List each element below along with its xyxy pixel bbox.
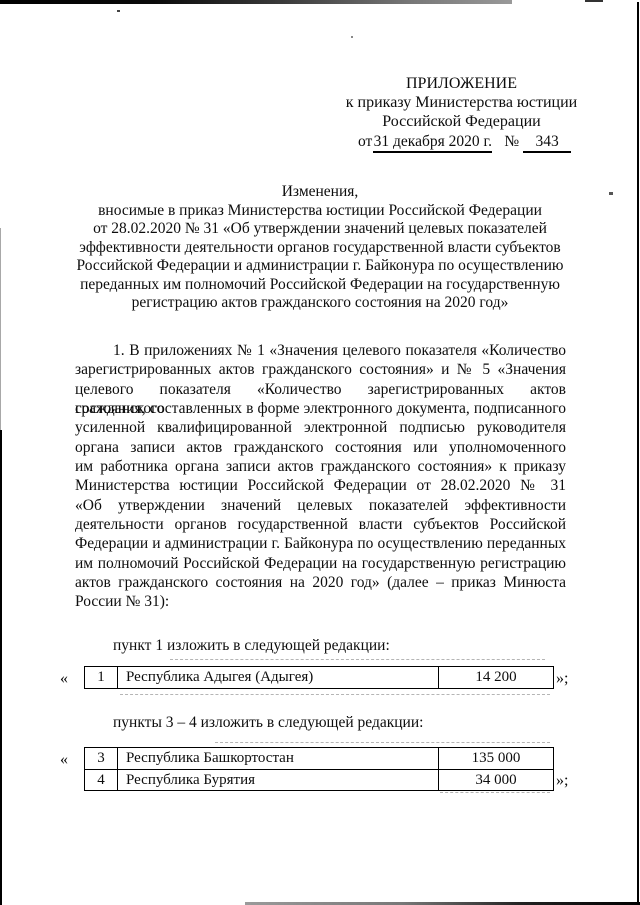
row-number-cell: 3 [85, 748, 117, 769]
target-value-cell: 135 000 [438, 748, 553, 769]
scan-artifact-table-ghost-line [215, 742, 550, 743]
paragraph-line: «Об утверждении значений целевых показат… [75, 496, 566, 515]
paragraph-line: Федерации и администрации г. Байконура п… [75, 534, 566, 553]
amendment1-close-quote: »; [556, 670, 568, 688]
title-line: вносимые в приказ Министерства юстиции Р… [75, 202, 565, 221]
paragraph-line: им работника органа записи актов граждан… [75, 457, 566, 476]
paragraph-line: Министерства юстиции Российской Федераци… [75, 476, 566, 495]
date-prefix: от [358, 133, 372, 150]
target-value-cell: 14 200 [438, 667, 553, 688]
title-line: эффективности деятельности органов госуд… [75, 239, 565, 258]
paragraph-line: состояния, составленных в форме электрон… [75, 399, 566, 418]
appendix-header: ПРИЛОЖЕНИЕ к приказу Министерства юстици… [345, 74, 578, 153]
amendment2-table: 3 Республика Башкортостан 135 000 4 Респ… [84, 747, 554, 791]
row-number-cell: 4 [85, 769, 117, 790]
row-number-cell: 1 [85, 667, 117, 688]
paragraph-line: актов гражданского состояния на 2020 год… [75, 573, 566, 592]
scan-artifact-table-ghost-line [120, 694, 550, 695]
order-number-value: 343 [523, 132, 571, 153]
scan-artifact-left-border-black [0, 430, 2, 905]
scan-artifact-table-ghost-line [440, 792, 550, 793]
scan-artifact-top-bar [0, 0, 512, 4]
region-name-cell: Республика Адыгея (Адыгея) [117, 667, 438, 688]
scan-artifact-left-border-gray [0, 228, 1, 430]
scan-artifact-right-border [637, 2, 639, 903]
amendment2-instruction: пункты 3 – 4 изложить в следующей редакц… [113, 714, 423, 732]
title-line: Изменения, [75, 183, 565, 202]
scan-speck [609, 192, 613, 195]
amendment1-instruction: пункт 1 изложить в следующей редакции: [113, 637, 390, 655]
scan-artifact-top-segment [585, 0, 603, 2]
order-date-number-line: от31 декабря 2020 г.№343 [345, 132, 578, 153]
paragraph-line: органа записи актов гражданского состоян… [75, 438, 566, 457]
title-line: переданных им полномочий Российской Феде… [75, 276, 565, 295]
paragraph-line: зарегистрированных актов гражданского со… [75, 360, 566, 379]
paragraph-line: России № 31): [75, 592, 566, 611]
table-row: 3 Республика Башкортостан 135 000 [85, 748, 553, 769]
amendment1-table: 1 Республика Адыгея (Адыгея) 14 200 [84, 666, 554, 689]
paragraph-line: целевого показателя «Количество зарегист… [75, 380, 566, 399]
number-sign: № [504, 133, 519, 150]
paragraph-line: 1. В приложениях № 1 «Значения целевого … [75, 341, 566, 360]
amendment2-open-quote: « [60, 751, 68, 769]
title-line: от 28.02.2020 № 31 «Об утверждении значе… [75, 220, 565, 239]
paragraph-line: им полномочий Российской Федерации на го… [75, 554, 566, 573]
amendment1-open-quote: « [60, 670, 68, 688]
appendix-federation-line: Российской Федерации [345, 112, 578, 131]
region-name-cell: Республика Башкортостан [117, 748, 438, 769]
scanned-document-page: ПРИЛОЖЕНИЕ к приказу Министерства юстици… [0, 0, 640, 905]
appendix-label: ПРИЛОЖЕНИЕ [345, 74, 578, 93]
scan-speck [351, 36, 353, 38]
paragraph-line: деятельности органов государственной вла… [75, 515, 566, 534]
target-value-cell: 34 000 [438, 769, 553, 790]
table-row: 1 Республика Адыгея (Адыгея) 14 200 [85, 667, 553, 688]
paragraph-line: усиленной квалифицированной электронной … [75, 418, 566, 437]
amendment2-close-quote: »; [556, 772, 568, 790]
table-row: 4 Республика Бурятия 34 000 [85, 769, 553, 790]
body-paragraph: 1. В приложениях № 1 «Значения целевого … [75, 341, 566, 612]
scan-speck [117, 10, 120, 12]
title-line: Российской Федерации и администрации г. … [75, 257, 565, 276]
scan-artifact-table-ghost-line [170, 659, 545, 660]
document-title: Изменения, вносимые в приказ Министерств… [75, 183, 565, 313]
region-name-cell: Республика Бурятия [117, 769, 438, 790]
order-date-value: 31 декабря 2020 г. [373, 132, 492, 153]
title-line: регистрацию актов гражданского состояния… [75, 294, 565, 313]
appendix-to-order-line: к приказу Министерства юстиции [345, 93, 578, 112]
